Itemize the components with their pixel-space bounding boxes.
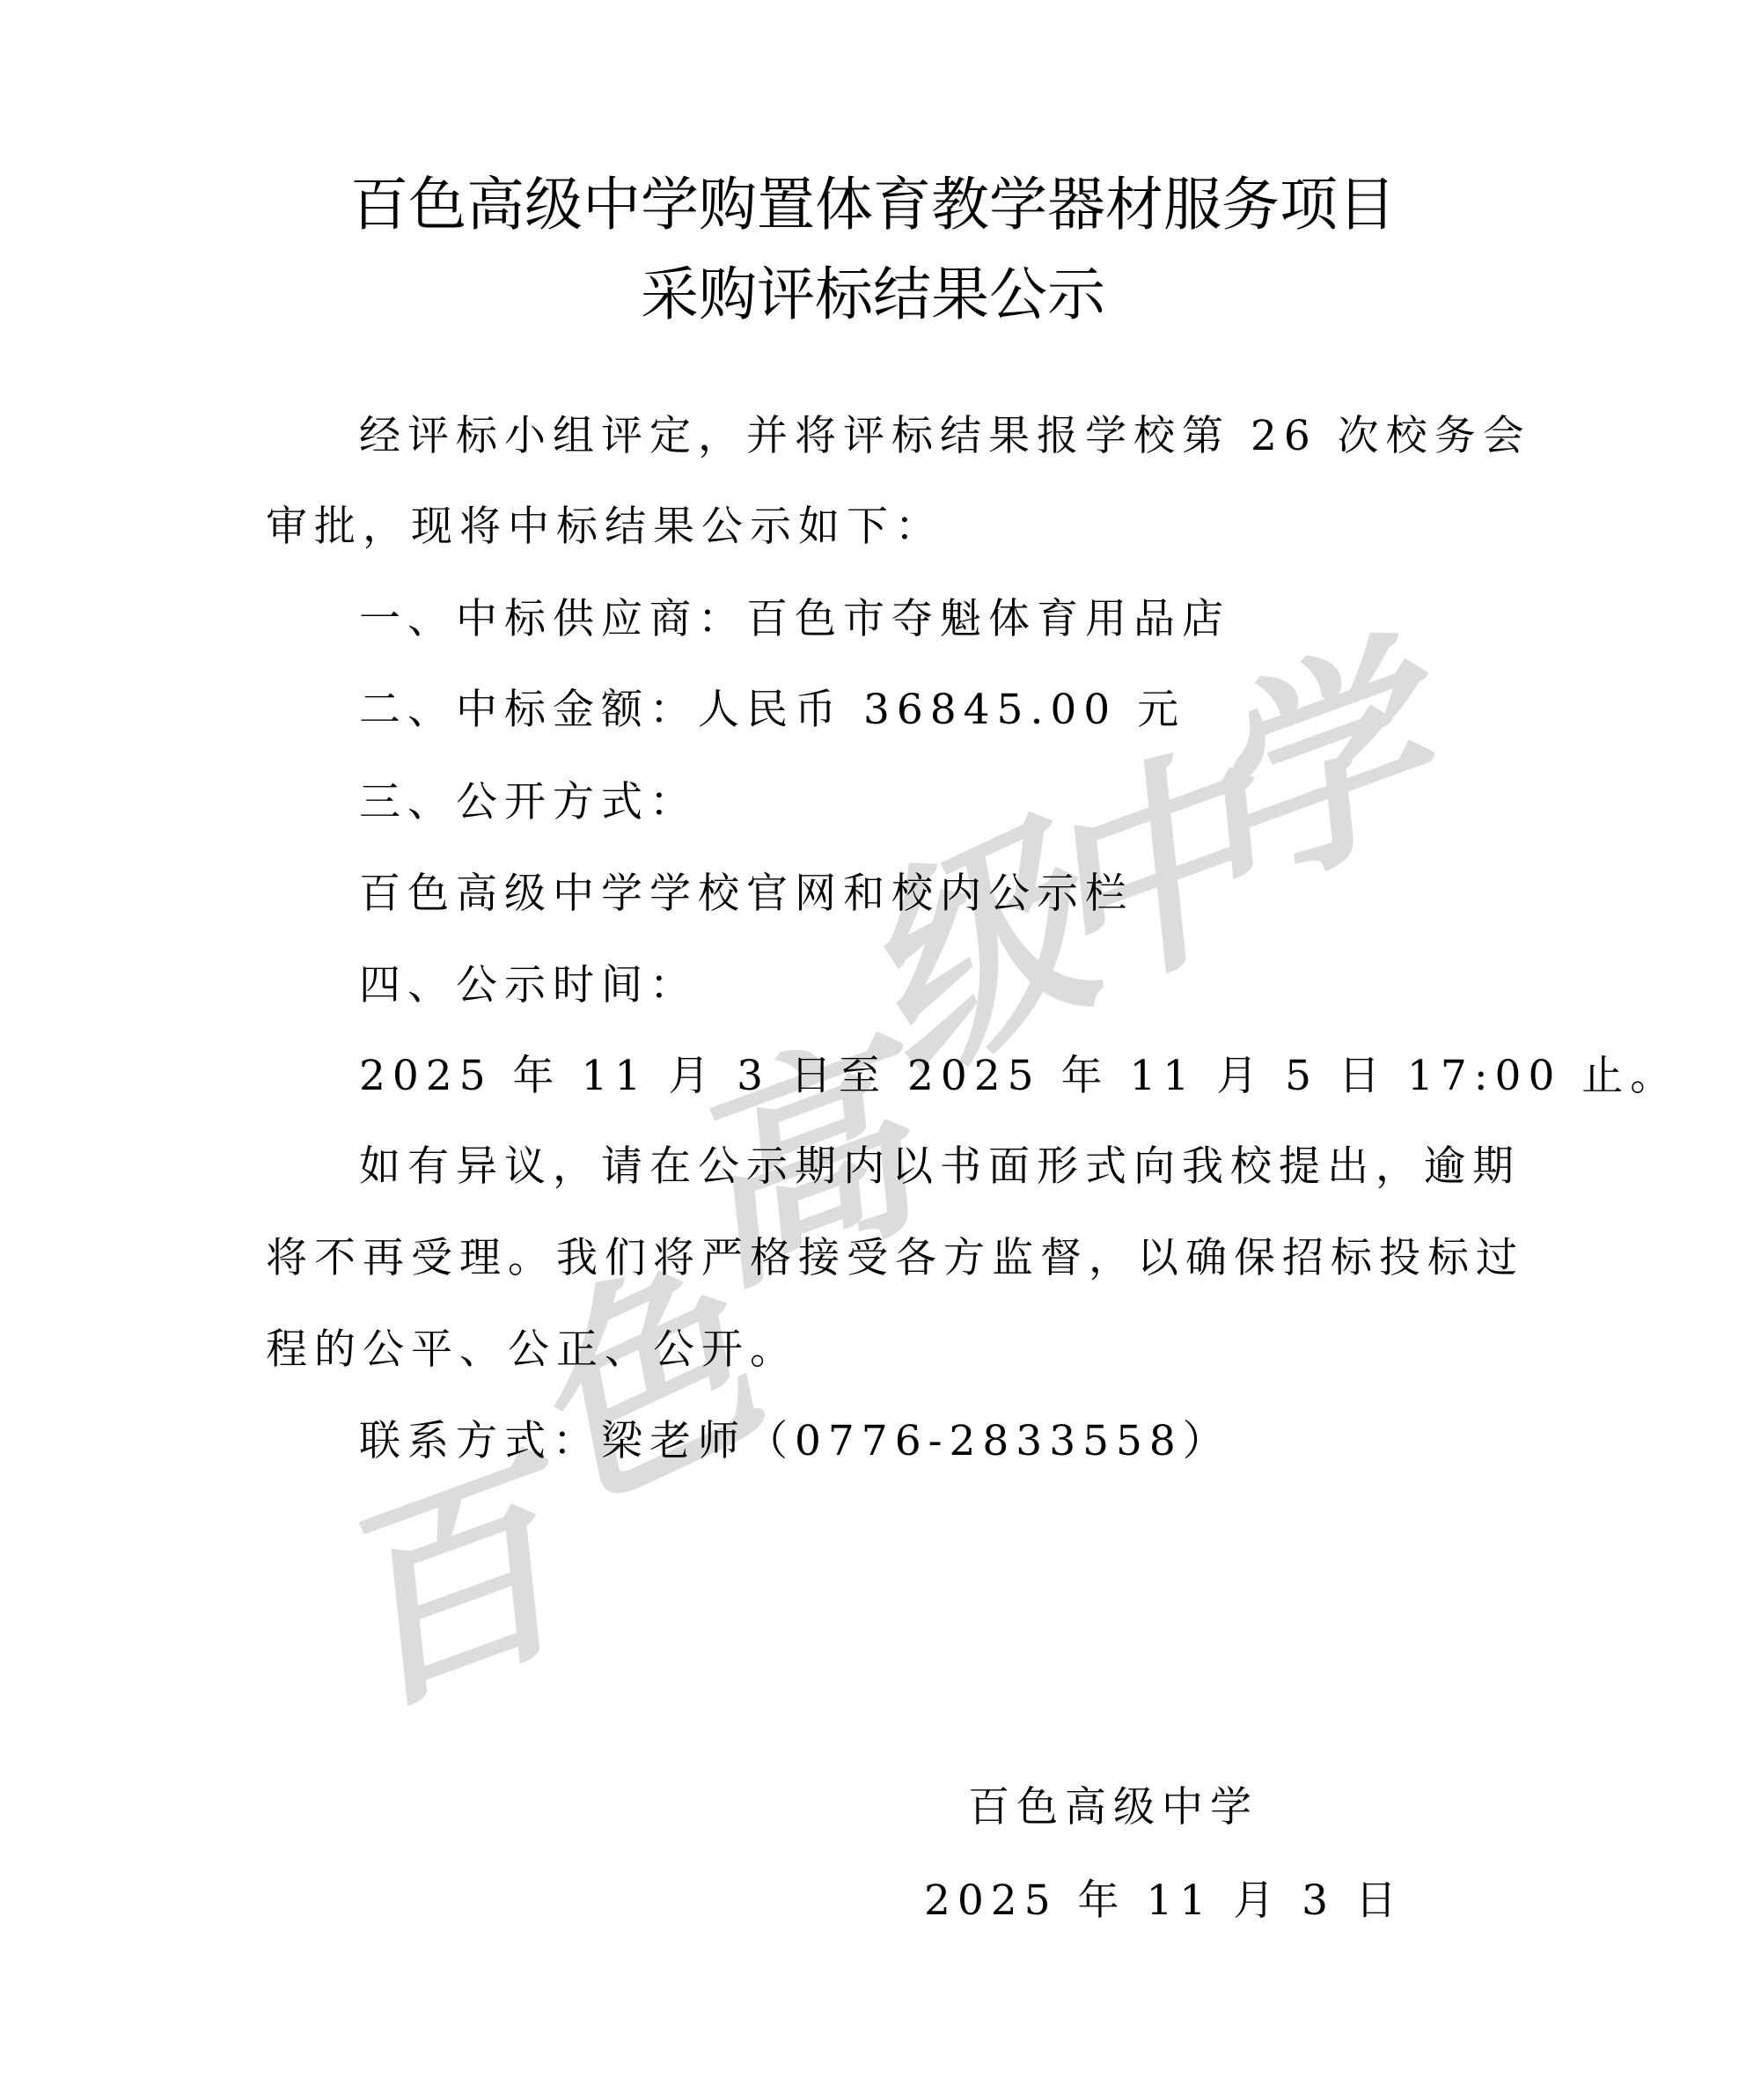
publication-method-label: 三、公开方式： [359, 782, 698, 823]
signature-date: 2025 年 11 月 3 日 [924, 1880, 1404, 1921]
watermark-char: 色 [492, 1240, 784, 1532]
title-line-1: 百色高级中学购置体育教学器材服务项目 [0, 176, 1746, 234]
watermark-char: 百 [304, 1448, 585, 1729]
signature-organization: 百色高级中学 [968, 1787, 1258, 1828]
watermark-char: 学 [1175, 629, 1456, 911]
objection-paragraph-line-3: 程的公平、公正、公开。 [266, 1329, 798, 1370]
publication-period-label: 四、公示时间： [359, 965, 698, 1006]
contact-info: 联系方式：梁老师（0776-2833558） [359, 1421, 1231, 1462]
publication-period-value: 2025 年 11 月 3 日至 2025 年 11 月 5 日 17:00 止… [359, 1055, 1678, 1097]
intro-paragraph-line-1: 经评标小组评定，并将评标结果报学校第 26 次校务会 [359, 415, 1531, 457]
objection-paragraph-line-2: 将不再受理。我们将严格接受各方监督，以确保招标投标过 [266, 1237, 1524, 1279]
winning-amount: 二、中标金额：人民币 36845.00 元 [359, 689, 1185, 731]
title-line-2: 采购评标结果公示 [0, 266, 1746, 324]
objection-paragraph-line-1: 如有异议，请在公示期内以书面形式向我校提出，逾期 [359, 1146, 1521, 1187]
winning-supplier: 一、中标供应商：百色市夺魁体育用品店 [359, 598, 1230, 640]
intro-paragraph-line-2: 审批，现将中标结果公示如下： [266, 506, 943, 547]
publication-method-value: 百色高级中学学校官网和校内公示栏 [359, 873, 1133, 914]
